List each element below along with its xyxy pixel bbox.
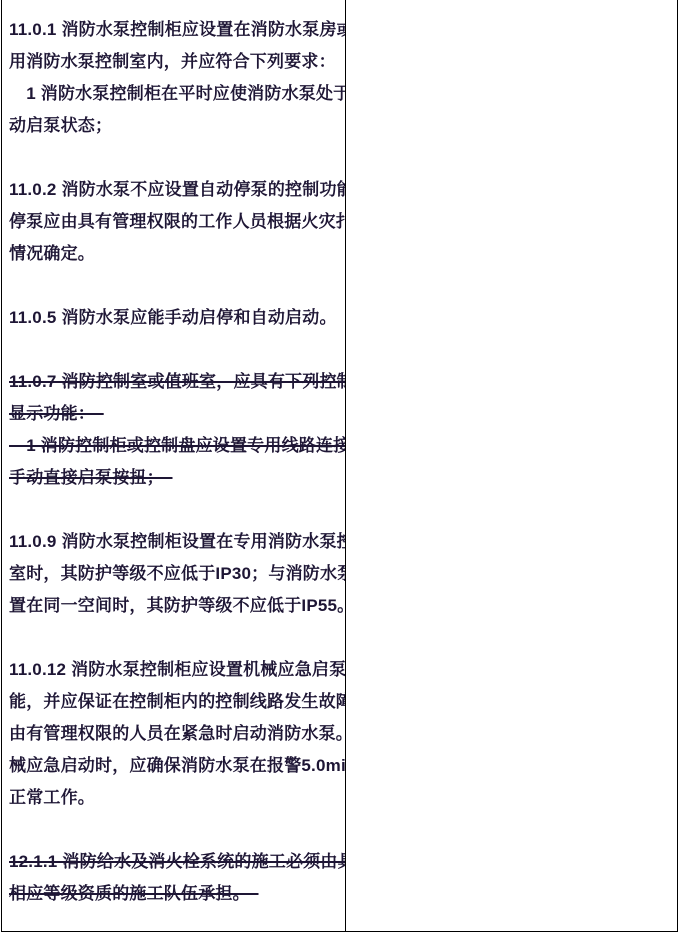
text-line: 显示功能：: [9, 398, 341, 430]
clause-11-0-2: 11.0.2 消防水泵不应设置自动停泵的控制功能，停泵应由具有管理权限的工作人员…: [9, 174, 341, 270]
left-column: 11.0.1 消防水泵控制柜应设置在消防水泵房或专用消防水泵控制室内，并应符合下…: [2, 0, 346, 931]
clause-11-0-1: 11.0.1 消防水泵控制柜应设置在消防水泵房或专用消防水泵控制室内，并应符合下…: [9, 14, 341, 142]
text-line: 11.0.9 消防水泵控制柜设置在专用消防水泵控制: [9, 526, 341, 558]
text-line: 械应急启动时，应确保消防水泵在报警5.0min内: [9, 750, 341, 782]
text-line: 11.0.2 消防水泵不应设置自动停泵的控制功能，: [9, 174, 341, 206]
text-line: 11.0.7 消防控制室或值班室，应具有下列控制和: [9, 366, 341, 398]
text-line: 由有管理权限的人员在紧急时启动消防水泵。机: [9, 718, 341, 750]
document-table: 11.0.1 消防水泵控制柜应设置在消防水泵房或专用消防水泵控制室内，并应符合下…: [1, 0, 678, 932]
text-line: 能，并应保证在控制柜内的控制线路发生故障时: [9, 686, 341, 718]
clause-11-0-12: 11.0.12 消防水泵控制柜应设置机械应急启泵功能，并应保证在控制柜内的控制线…: [9, 654, 341, 814]
text-line: 动启泵状态；: [9, 110, 341, 142]
text-line: 置在同一空间时，其防护等级不应低于IP55。: [9, 590, 341, 622]
clause-11-0-9: 11.0.9 消防水泵控制柜设置在专用消防水泵控制室时，其防护等级不应低于IP3…: [9, 526, 341, 622]
clause-11-0-5: 11.0.5 消防水泵应能手动启停和自动启动。: [9, 302, 341, 334]
text-line: 用消防水泵控制室内，并应符合下列要求：: [9, 46, 341, 78]
text-line: 情况确定。: [9, 238, 341, 270]
text-line: 正常工作。: [9, 782, 341, 814]
text-line: 室时，其防护等级不应低于IP30；与消防水泵设: [9, 558, 341, 590]
text-line: 11.0.1 消防水泵控制柜应设置在消防水泵房或专: [9, 14, 341, 46]
text-line: 11.0.12 消防水泵控制柜应设置机械应急启泵功: [9, 654, 341, 686]
clause-11-0-7-deleted: 11.0.7 消防控制室或值班室，应具有下列控制和显示功能： 1 消防控制柜或控…: [9, 366, 341, 494]
clause-12-1-1-deleted: 12.1.1 消防给水及消火栓系统的施工必须由具有相应等级资质的施工队伍承担。: [9, 846, 341, 910]
text-line: 相应等级资质的施工队伍承担。: [9, 878, 341, 910]
text-line: 1 消防控制柜或控制盘应设置专用线路连接的: [9, 430, 341, 462]
text-line: 1 消防水泵控制柜在平时应使消防水泵处于自: [9, 78, 341, 110]
text-line: 手动直接启泵按扭；: [9, 462, 341, 494]
text-line: 12.1.1 消防给水及消火栓系统的施工必须由具有: [9, 846, 341, 878]
text-line: 停泵应由具有管理权限的工作人员根据火灾扑救: [9, 206, 341, 238]
right-column-empty: [346, 0, 677, 931]
text-line: 11.0.5 消防水泵应能手动启停和自动启动。: [9, 302, 341, 334]
